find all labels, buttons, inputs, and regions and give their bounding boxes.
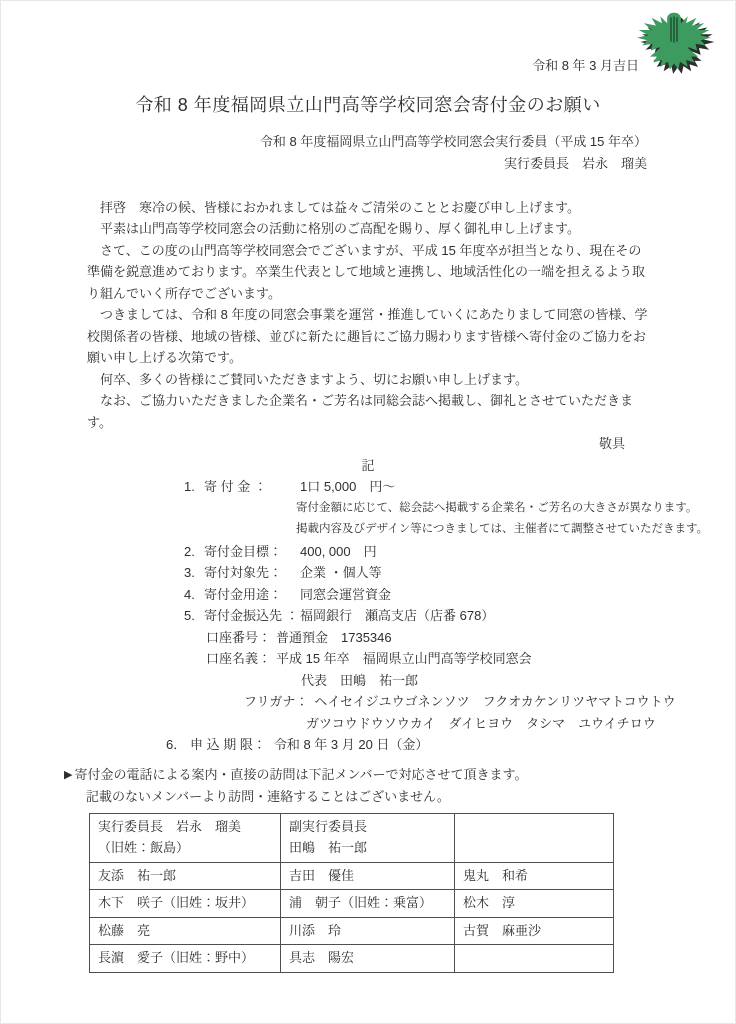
closing-keigu: 敬具 [87, 433, 649, 455]
table-cell: 松藤 亮 [90, 917, 281, 945]
table-cell: 木下 咲子（旧姓：坂井） [90, 890, 281, 918]
table-cell: 副実行委員長 田嶋 祐一郎 [281, 813, 455, 862]
list-note: 寄付金額に応じて、総会誌へ掲載する企業名・ご芳名の大きさが異なります。 [1, 498, 735, 520]
list-item-donation-target-amount: 2.寄付金目標：400, 000 円 [1, 541, 735, 563]
table-row: 長濵 愛子（旧姓：野中） 具志 陽宏 [90, 945, 614, 973]
record-mark-ki: 記 [87, 455, 649, 477]
document-title: 令和 8 年度福岡県立山門高等学校同窓会寄付金のお願い [1, 92, 735, 118]
paragraph: 何卒、多くの皆様にご賛同いただきますよう、切にお願い申し上げます。 [87, 369, 649, 391]
bank-account-number: 口座番号：普通預金 1735346 [1, 627, 735, 649]
document-date: 令和 8 年 3 月吉日 [1, 1, 735, 77]
bank-account-name: 口座名義：平成 15 年卒 福岡県立山門高等学校同窓会 [1, 648, 735, 670]
paragraph: 拝啓 寒冷の候、皆様におかれましては益々ご清栄のこととお慶び申し上げます。 [87, 197, 649, 219]
bank-account-representative: 代表 田嶋 祐一郎 [1, 670, 735, 692]
table-cell: 友添 祐一郎 [90, 862, 281, 890]
sender-chair: 実行委員長 岩永 瑠美 [1, 153, 647, 175]
table-cell: 具志 陽宏 [281, 945, 455, 973]
list-item-bank-transfer: 5.寄付金振込先 ：福岡銀行 瀬高支店（店番 678） [1, 605, 735, 627]
contact-notice: ▶寄付金の電話による案内・直接の訪問は下記メンバーで対応させて頂きます。 記載の… [1, 764, 735, 808]
table-row: 松藤 亮 川添 玲 古賀 麻亜沙 [90, 917, 614, 945]
table-cell: 古賀 麻亜沙 [455, 917, 614, 945]
list-item-donation-use: 4.寄付金用途：同窓会運営資金 [1, 584, 735, 606]
sender-block: 令和 8 年度福岡県立山門高等学校同窓会実行委員（平成 15 年卒） 実行委員長… [1, 131, 735, 175]
paragraph: 平素は山門高等学校同窓会の活動に格別のご高配を賜り、厚く御礼申し上げます。 [87, 218, 649, 240]
donation-request-letter: 令和 8 年 3 月吉日 令和 8 年度福岡県立山門高等学校同窓会寄付金のお願い… [0, 0, 736, 1024]
table-row: 友添 祐一郎 吉田 優佳 鬼丸 和希 [90, 862, 614, 890]
letter-body: 拝啓 寒冷の候、皆様におかれましては益々ご清栄のこととお慶び申し上げます。 平素… [1, 197, 735, 477]
bank-account-furigana-1: フリガナ：ヘイセイジユウゴネンソツ フクオカケンリツヤマトコウトウ [1, 691, 735, 713]
table-row: 木下 咲子（旧姓：坂井） 浦 朝子（旧姓：乗富） 松木 淳 [90, 890, 614, 918]
list-item-donation-targets: 3.寄付対象先：企業 ・個人等 [1, 562, 735, 584]
table-cell [455, 945, 614, 973]
table-cell: 鬼丸 和希 [455, 862, 614, 890]
school-crest-icon [631, 10, 717, 74]
paragraph: つきましては、令和 8 年度の同窓会事業を運営・推進していくにあたりまして同窓の… [87, 304, 649, 369]
notice-line-2: 記載のないメンバーより訪問・連絡することはございません。 [64, 786, 735, 808]
table-cell: 長濵 愛子（旧姓：野中） [90, 945, 281, 973]
members-table: 実行委員長 岩永 瑠美 （旧姓：飯島） 副実行委員長 田嶋 祐一郎 友添 祐一郎… [89, 813, 614, 973]
table-cell: 川添 玲 [281, 917, 455, 945]
table-cell: 吉田 優佳 [281, 862, 455, 890]
list-item-donation-amount: 1.寄 付 金 ：1口 5,000 円～ [1, 476, 735, 498]
table-cell: 浦 朝子（旧姓：乗富） [281, 890, 455, 918]
paragraph: さて、この度の山門高等学校同窓会でございますが、平成 15 年度卒が担当となり、… [87, 240, 649, 305]
donation-detail-list: 1.寄 付 金 ：1口 5,000 円～ 寄付金額に応じて、総会誌へ掲載する企業… [1, 476, 735, 756]
table-cell: 松木 淳 [455, 890, 614, 918]
table-cell: 実行委員長 岩永 瑠美 （旧姓：飯島） [90, 813, 281, 862]
table-row: 実行委員長 岩永 瑠美 （旧姓：飯島） 副実行委員長 田嶋 祐一郎 [90, 813, 614, 862]
bank-account-furigana-2: ガツコウドウソウカイ ダイヒヨウ タシマ ユウイチロウ [1, 713, 735, 735]
list-note: 掲載内容及びデザイン等につきましては、主催者にて調整させていただきます。 [1, 519, 735, 541]
list-item-application-deadline: 6．申 込 期 限：令和 8 年 3 月 20 日（金） [1, 734, 735, 756]
notice-line-1: ▶寄付金の電話による案内・直接の訪問は下記メンバーで対応させて頂きます。 [64, 764, 735, 787]
table-cell [455, 813, 614, 862]
sender-committee: 令和 8 年度福岡県立山門高等学校同窓会実行委員（平成 15 年卒） [1, 131, 647, 153]
triangle-marker-icon: ▶ [64, 765, 72, 787]
paragraph: なお、ご協力いただきました企業名・ご芳名は同総会誌へ掲載し、御礼とさせていただき… [87, 390, 649, 433]
